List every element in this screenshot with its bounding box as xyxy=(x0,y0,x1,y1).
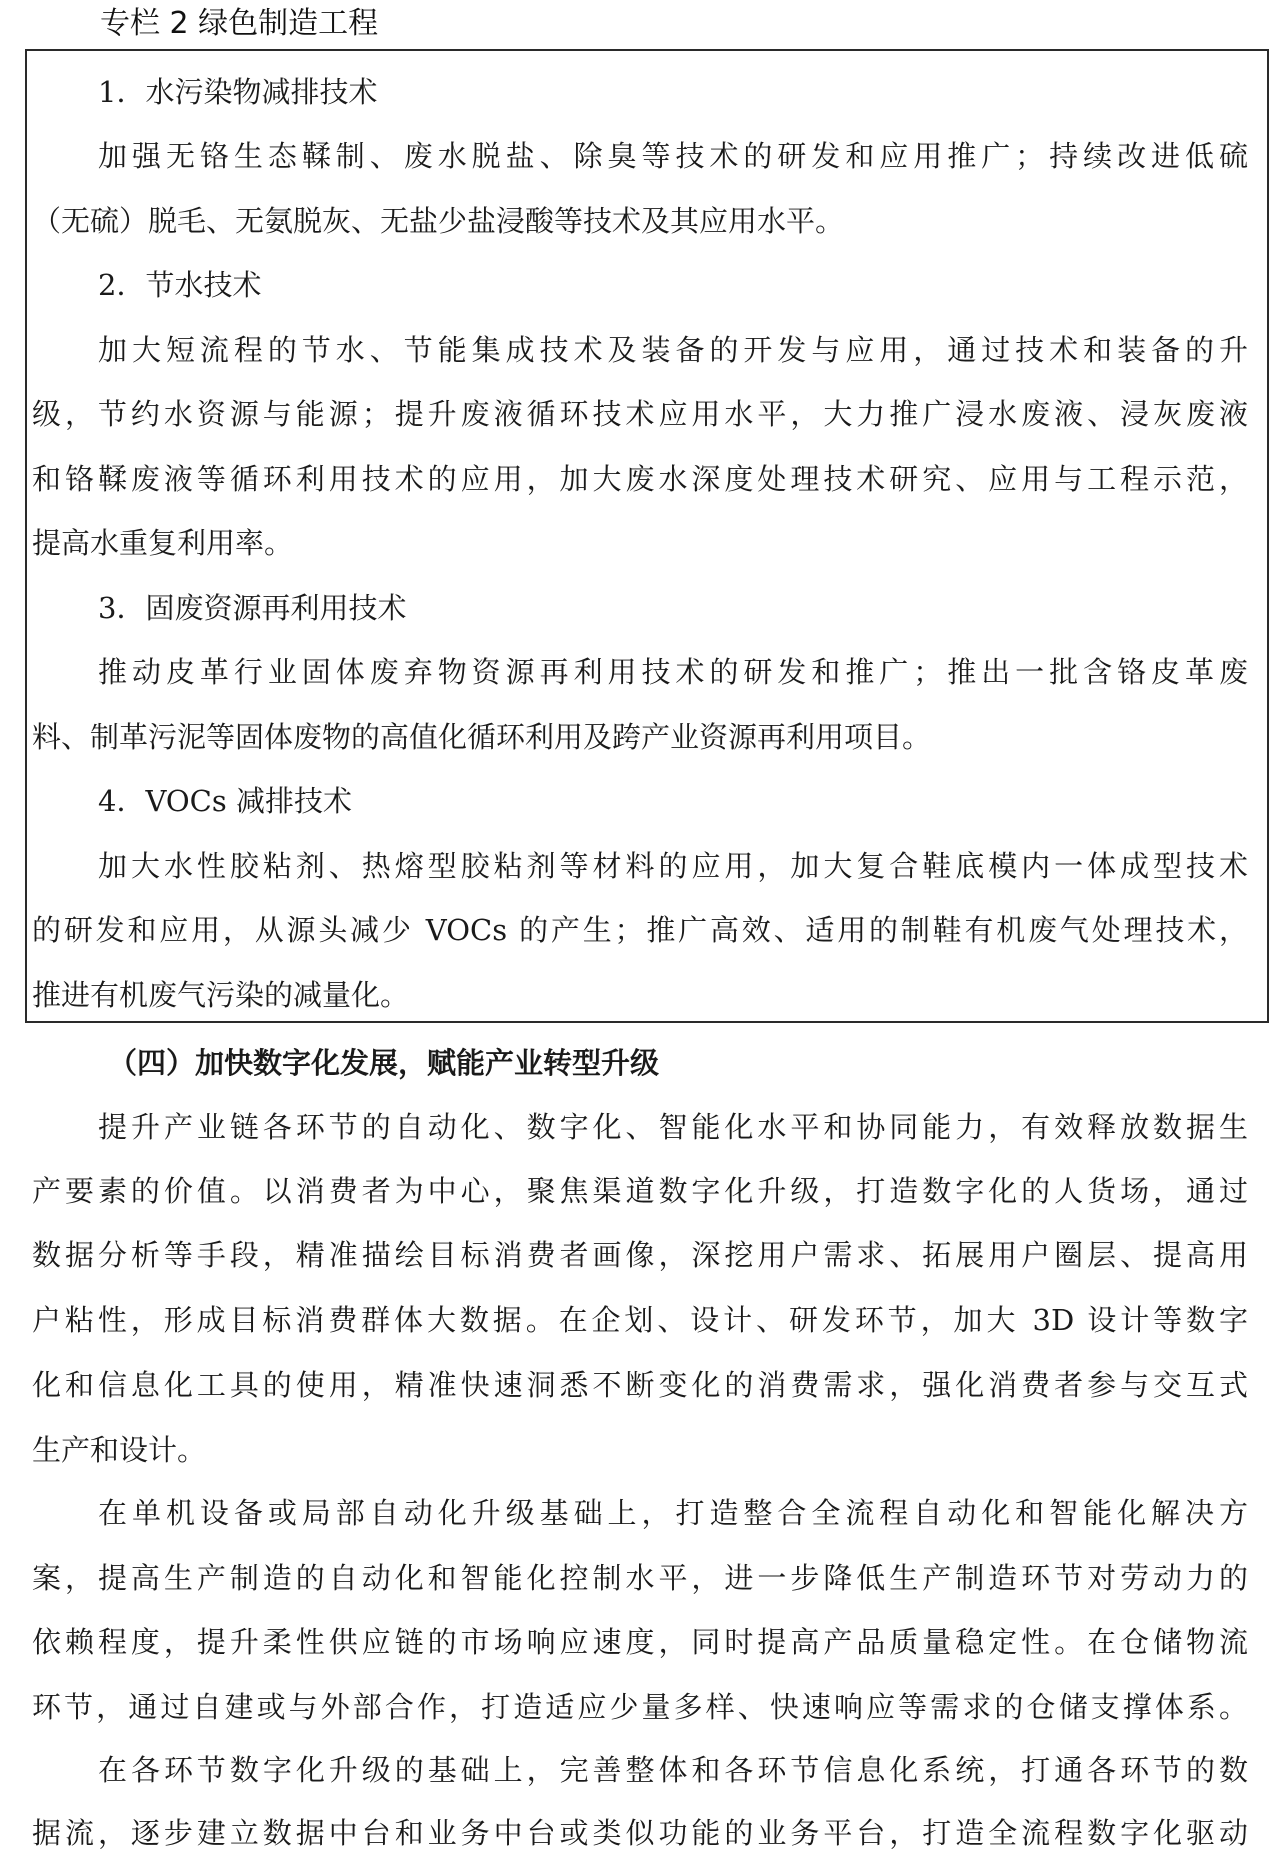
item-4-line-1: 加大水性胶粘剂、热熔型胶粘剂等材料的应用，加大复合鞋底模内一体成型技术 xyxy=(98,844,1248,888)
item-heading-2: 2．节水技术 xyxy=(98,263,1248,307)
item-heading-1: 1．水污染物减排技术 xyxy=(98,70,1248,114)
item-4-line-3: 推进有机废气污染的减量化。 xyxy=(32,973,1248,1017)
item-3-line-2: 料、制革污泥等固体废物的高值化循环利用及跨产业资源再利用项目。 xyxy=(32,715,1248,759)
para-2-line-1: 在单机设备或局部自动化升级基础上，打造整合全流程自动化和智能化解决方 xyxy=(98,1491,1248,1535)
para-2-line-3: 依赖程度，提升柔性供应链的市场响应速度，同时提高产品质量稳定性。在仓储物流 xyxy=(32,1620,1248,1664)
para-1-line-4: 户粘性，形成目标消费群体大数据。在企划、设计、研发环节，加大 3D 设计等数字 xyxy=(32,1298,1248,1342)
item-heading-4: 4．VOCs 减排技术 xyxy=(98,779,1248,823)
para-3-line-1: 在各环节数字化升级的基础上，完善整体和各环节信息化系统，打通各环节的数 xyxy=(98,1748,1248,1792)
item-heading-3: 3．固废资源再利用技术 xyxy=(98,586,1248,630)
para-2-line-2: 案，提高生产制造的自动化和智能化控制水平，进一步降低生产制造环节对劳动力的 xyxy=(32,1556,1248,1600)
item-2-line-4: 提高水重复利用率。 xyxy=(32,521,1248,565)
para-1-line-1: 提升产业链各环节的自动化、数字化、智能化水平和协同能力，有效释放数据生 xyxy=(98,1105,1248,1149)
para-2-line-4: 环节，通过自建或与外部合作，打造适应少量多样、快速响应等需求的仓储支撑体系。 xyxy=(32,1685,1248,1729)
section-heading: （四）加快数字化发展，赋能产业转型升级 xyxy=(108,1041,659,1085)
para-1-line-3: 数据分析等手段，精准描绘目标消费者画像，深挖用户需求、拓展用户圈层、提高用 xyxy=(32,1233,1248,1277)
para-3-line-2: 据流，逐步建立数据中台和业务中台或类似功能的业务平台，打造全流程数字化驱动 xyxy=(32,1811,1248,1855)
item-4-line-2: 的研发和应用，从源头减少 VOCs 的产生；推广高效、适用的制鞋有机废气处理技术… xyxy=(32,908,1248,952)
item-2-line-3: 和铬鞣废液等循环利用技术的应用，加大废水深度处理技术研究、应用与工程示范， xyxy=(32,457,1248,501)
item-2-line-2: 级，节约水资源与能源；提升废液循环技术应用水平，大力推广浸水废液、浸灰废液 xyxy=(32,392,1248,436)
item-1-line-2: （无硫）脱毛、无氨脱灰、无盐少盐浸酸等技术及其应用水平。 xyxy=(32,199,1248,243)
item-1-line-1: 加强无铬生态鞣制、废水脱盐、除臭等技术的研发和应用推广；持续改进低硫 xyxy=(98,134,1248,178)
item-2-line-1: 加大短流程的节水、节能集成技术及装备的开发与应用，通过技术和装备的升 xyxy=(98,328,1248,372)
para-1-line-2: 产要素的价值。以消费者为中心，聚焦渠道数字化升级，打造数字化的人货场，通过 xyxy=(32,1169,1248,1213)
para-1-line-6: 生产和设计。 xyxy=(32,1428,1248,1472)
column-title: 专栏 2 绿色制造工程 xyxy=(100,4,378,44)
item-3-line-1: 推动皮革行业固体废弃物资源再利用技术的研发和推广；推出一批含铬皮革废 xyxy=(98,650,1248,694)
para-1-line-5: 化和信息化工具的使用，精准快速洞悉不断变化的消费需求，强化消费者参与交互式 xyxy=(32,1363,1248,1407)
